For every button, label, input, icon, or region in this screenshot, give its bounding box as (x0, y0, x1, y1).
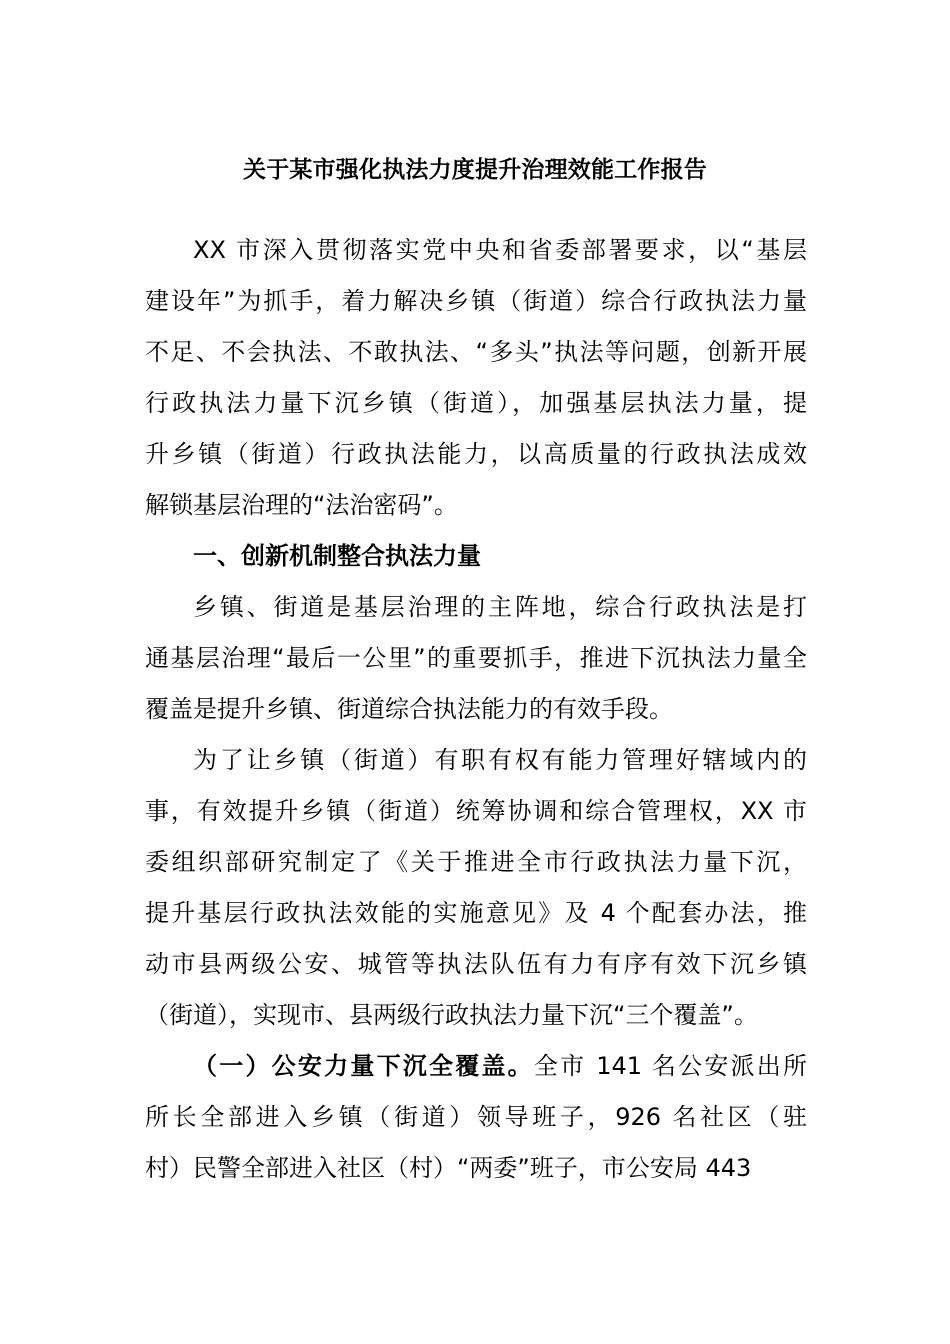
intro-paragraph: XX 市深入贯彻落实党中央和省委部署要求，以“基层 建设年”为抓手，着力解决乡镇… (145, 225, 807, 531)
text-line: 不足、不会执法、不敢执法、“多头”执法等问题，创新开展 (145, 327, 807, 378)
text-line: 动市县两级公安、城管等执法队伍有力有序有效下沉乡镇 (145, 939, 807, 990)
text-line: 建设年”为抓手，着力解决乡镇（街道）综合行政执法力量 (145, 276, 807, 327)
text-line: 委组织部研究制定了《关于推进全市行政执法力量下沉， (145, 837, 807, 888)
text-span: 全市 141 名公安派出所 (534, 1052, 807, 1080)
text-line: 为了让乡镇（街道）有职有权有能力管理好辖域内的 (145, 735, 807, 786)
section-paragraph-1: 乡镇、街道是基层治理的主阵地，综合行政执法是打 通基层治理“最后一公里”的重要抓… (145, 582, 807, 735)
section-heading: 一、创新机制整合执法力量 (145, 531, 807, 582)
text-line: 事，有效提升乡镇（街道）统筹协调和综合管理权，XX 市 (145, 786, 807, 837)
document-page: 关于某市强化执法力度提升治理效能工作报告 XX 市深入贯彻落实党中央和省委部署要… (0, 0, 950, 1344)
text-line: （街道），实现市、县两级行政执法力量下沉“三个覆盖”。 (145, 990, 807, 1041)
text-line: 解锁基层治理的“法治密码”。 (145, 480, 807, 531)
text-line: 通基层治理“最后一公里”的重要抓手，推进下沉执法力量全 (145, 633, 807, 684)
text-line: 升乡镇（街道）行政执法能力，以高质量的行政执法成效 (145, 429, 807, 480)
text-line: 所长全部进入乡镇（街道）领导班子，926 名社区（驻 (145, 1092, 807, 1143)
section-paragraph-2: 为了让乡镇（街道）有职有权有能力管理好辖域内的 事，有效提升乡镇（街道）统筹协调… (145, 735, 807, 1041)
text-line: 村）民警全部进入社区（村）“两委”班子，市公安局 443 (145, 1143, 807, 1194)
text-line: 行政执法力量下沉乡镇（街道），加强基层执法力量，提 (145, 378, 807, 429)
document-title: 关于某市强化执法力度提升治理效能工作报告 (0, 153, 950, 187)
text-line: XX 市深入贯彻落实党中央和省委部署要求，以“基层 (145, 225, 807, 276)
subsection-heading: （一）公安力量下沉全覆盖。 (193, 1052, 534, 1080)
text-line: 乡镇、街道是基层治理的主阵地，综合行政执法是打 (145, 582, 807, 633)
section-paragraph-3: （一）公安力量下沉全覆盖。全市 141 名公安派出所 所长全部进入乡镇（街道）领… (145, 1041, 807, 1194)
text-line: 覆盖是提升乡镇、街道综合执法能力的有效手段。 (145, 684, 807, 735)
text-line: （一）公安力量下沉全覆盖。全市 141 名公安派出所 (145, 1041, 807, 1092)
text-line: 提升基层行政执法效能的实施意见》及 4 个配套办法，推 (145, 888, 807, 939)
document-body: XX 市深入贯彻落实党中央和省委部署要求，以“基层 建设年”为抓手，着力解决乡镇… (145, 225, 807, 1194)
